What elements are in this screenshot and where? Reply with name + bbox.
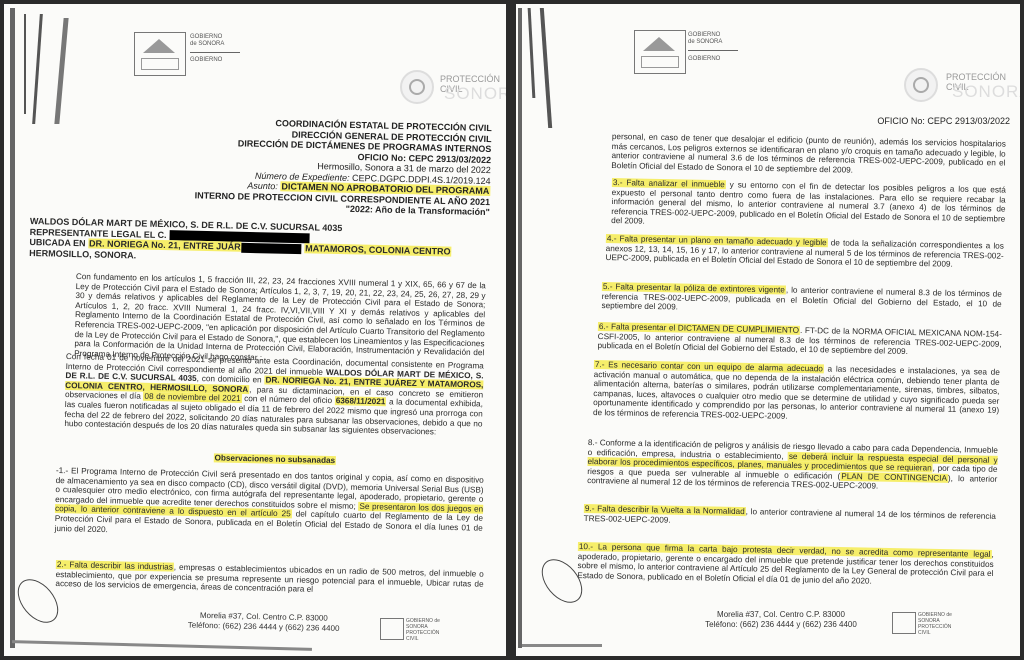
- redaction-bar: [242, 243, 302, 254]
- divider: [190, 52, 240, 53]
- scan-edge: [528, 8, 536, 98]
- pc-logo-sonora: SONORA: [444, 84, 506, 104]
- asunto-label: Asunto:: [247, 181, 278, 192]
- document-page-1: GOBIERNOde SONORA GOBIERNO PROTECCIÓN CI…: [4, 4, 506, 656]
- scan-edge: [10, 8, 15, 648]
- gov-logo-text: GOBIERNOde SONORA: [688, 32, 722, 46]
- section-title: Observaciones no subsanadas: [66, 450, 484, 469]
- observation-3: 3.- Falta analizar el inmueble y su ento…: [611, 178, 1006, 234]
- document-page-2: GOBIERNOde SONORA GOBIERNO PROTECCIÓN CI…: [516, 4, 1020, 656]
- oficio-number: OFICIO No: CEPC 2913/03/2022: [710, 116, 1010, 127]
- observation-1: -1.- El Programa Interno de Protección C…: [54, 466, 483, 543]
- observation-6: 6.- Falta presentar el DICTAMEN DE CUMPL…: [597, 322, 1001, 359]
- observation-4: 4.- Falta presentar un plano en tamaño a…: [605, 234, 1003, 270]
- footer-phone: Teléfono: (662) 236 4444 y (662) 236 440…: [686, 620, 876, 630]
- observation-7: 7.- Es necesario contar con un equipo de…: [593, 360, 1000, 425]
- observation-2: 2.- Falta describir las industrias, empr…: [55, 560, 484, 598]
- observation-8: 8.- Conforme a la identificación de peli…: [587, 438, 998, 494]
- observation-10: 10.- La persona que firma la carta bajo …: [577, 542, 994, 588]
- scan-edge: [54, 18, 68, 124]
- page-footer: Morelia #37, Col. Centro C.P. 83000 Telé…: [686, 610, 876, 630]
- location-label: UBICADA EN: [29, 237, 85, 248]
- scan-edge: [518, 8, 522, 648]
- scan-edge: [32, 14, 43, 124]
- scan-edge: [522, 644, 602, 647]
- document-header: COORDINACIÓN ESTATAL DE PROTECCIÓN CIVIL…: [90, 114, 492, 218]
- scan-edge: [540, 8, 552, 128]
- footer-logo-icon: [380, 618, 404, 640]
- gov-logo-subtext: GOBIERNO: [688, 56, 720, 63]
- scan-edge: [12, 640, 312, 651]
- section-title-text: Observaciones no subsanadas: [213, 453, 336, 465]
- text-run: a las necesidades e instalaciones, ya se…: [593, 364, 1000, 420]
- footer-logo-text: GOBIERNO de SONORAPROTECCIÓN CIVIL: [918, 612, 958, 636]
- pc-logo-sonora: SONORA: [952, 82, 1020, 102]
- footer-logo-icon: [892, 612, 916, 634]
- text-run: , con domicilio en: [197, 374, 262, 384]
- observation-5: 5.- Falta presentar la póliza de extinto…: [601, 282, 1001, 318]
- continued-paragraph: personal, en caso de tener que desalojar…: [611, 132, 1006, 178]
- scan-edge: [24, 14, 26, 114]
- addressee-block: WALDOS DÓLAR MART DE MÉXICO, S. DE R.L. …: [29, 216, 470, 268]
- footer-logo-text: GOBIERNO de SONORAPROTECCIÓN CIVIL: [406, 618, 446, 642]
- observation-9: 9.- Falta describir la Vuelta a la Norma…: [584, 504, 996, 531]
- proteccion-civil-seal-icon: [904, 68, 938, 102]
- gov-logo-subtext: GOBIERNO: [190, 57, 222, 64]
- divider: [688, 50, 738, 51]
- page-footer: Morelia #37, Col. Centro C.P. 83000 Telé…: [164, 610, 364, 635]
- footer-address: Morelia #37, Col. Centro C.P. 83000: [686, 610, 876, 620]
- gobierno-sonora-logo: [634, 30, 686, 74]
- oficio-highlight: 6368/11/2021: [335, 396, 387, 406]
- gobierno-sonora-logo: [134, 32, 186, 76]
- gov-logo-text: GOBIERNOde SONORA: [190, 34, 224, 48]
- background-paragraph: Con fecha 01 de noviembre del 2021 se pr…: [64, 352, 484, 438]
- proteccion-civil-seal-icon: [400, 70, 434, 104]
